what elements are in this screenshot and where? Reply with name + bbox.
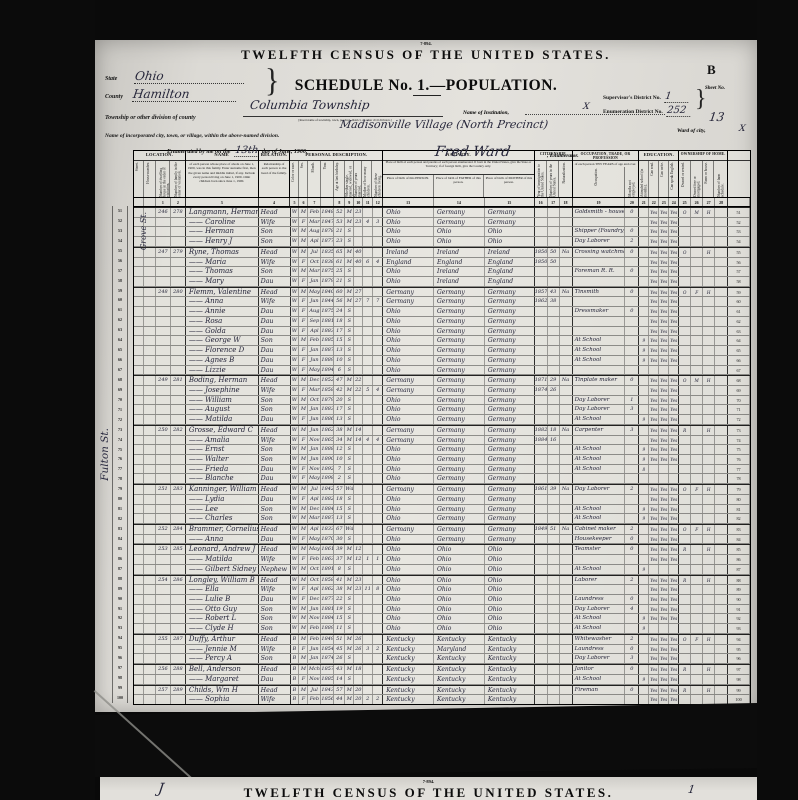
cell-birthplace-person: Ohio (383, 535, 434, 544)
cell-years-married: 26 (354, 635, 363, 644)
cell-age: 52 (334, 208, 345, 217)
cell-birthplace-father: Germany (434, 514, 485, 523)
cell-age: 18 (334, 495, 345, 504)
street-name-vertical-top: Grove St. (134, 212, 152, 302)
cell-line-number: 64 (728, 336, 750, 345)
cell-street (134, 376, 144, 385)
cell-can-read: Yes (649, 307, 659, 316)
cell-family-number (171, 535, 186, 544)
cell-farm-or-house (703, 605, 715, 614)
cell-children-living: 2 (373, 695, 383, 704)
cell-family-number (171, 366, 186, 375)
group-name-desc: of each person whose place of abode on J… (186, 161, 258, 184)
cell-years-in-us (548, 218, 560, 227)
cell-years-in-us (548, 267, 560, 276)
cell-color: W (291, 455, 300, 464)
cell-name: Langmann, Herman (186, 208, 259, 217)
cell-occupation (573, 436, 626, 445)
cell-years-in-us: 38 (548, 297, 560, 306)
cell-sex: M (299, 445, 308, 454)
cell-can-read: Yes (649, 555, 659, 564)
cell-can-speak-english: Yes (669, 356, 679, 365)
cell-years-in-us (548, 595, 560, 604)
cell-months-not-employed (625, 465, 639, 474)
cell-name: Bell, Anderson (186, 665, 259, 674)
cell-house-number (144, 695, 156, 704)
cell-months-not-employed: 3 (625, 654, 639, 663)
cell-farm-schedule-no (715, 356, 728, 365)
line-number: 83 (113, 524, 127, 534)
cell-children-living (373, 415, 383, 424)
cell-years-in-us: 51 (548, 525, 560, 534)
cell-age: 13 (334, 346, 345, 355)
cell-can-write: Yes (659, 277, 669, 286)
cell-marital-status: S (345, 455, 354, 464)
cell-birthplace-mother: Germany (485, 474, 535, 483)
cell-school-months (639, 218, 649, 227)
cell-years-in-us (548, 675, 560, 684)
cell-can-speak-english: Yes (669, 645, 679, 654)
cell-mother-of-children (363, 495, 373, 504)
cell-line-number: 55 (728, 248, 750, 257)
cell-occupation (573, 555, 626, 564)
cell-children-living (373, 525, 383, 534)
cell-birthplace-father: Ohio (434, 585, 485, 594)
cell-home-free-mortgaged (691, 317, 703, 326)
column-number: 2 (171, 198, 186, 206)
cell-birthplace-mother: Germany (485, 288, 535, 297)
cell-birthplace-mother: Germany (485, 218, 535, 227)
cell-name: —— George W (186, 336, 259, 345)
cell-birthplace-mother: Germany (485, 208, 535, 217)
cell-color: W (291, 317, 300, 326)
cell-age: 57 (334, 686, 345, 695)
cell-birthplace-person: Kentucky (383, 635, 434, 644)
line-number: 64 (113, 335, 127, 345)
cell-name: —— Herman (186, 227, 259, 236)
line-number: 89 (113, 584, 127, 594)
cell-naturalization (560, 595, 573, 604)
cell-children-living (373, 307, 383, 316)
cell-can-write: Yes (659, 396, 669, 405)
cell-years-married (354, 624, 363, 633)
cell-mother-of-children: 5 (363, 386, 373, 395)
line-number: 62 (113, 315, 127, 325)
cell-name: —— Margaret (186, 675, 259, 684)
cell-house-number (144, 605, 156, 614)
column-header: Occupation. (573, 167, 625, 197)
cell-home-free-mortgaged (691, 426, 703, 435)
cell-occupation: At School (573, 675, 626, 684)
cell-birth-year: 1887 (321, 514, 334, 523)
cell-children-living (373, 624, 383, 633)
cell-relation: Son (259, 237, 291, 246)
cell-months-not-employed (625, 415, 639, 424)
cell-children-living (373, 288, 383, 297)
cell-house-number (144, 675, 156, 684)
cell-home-free-mortgaged (691, 366, 703, 375)
census-row: —— LizzieDauWFMay18946SOhioGermanyGerman… (134, 366, 750, 376)
cell-months-not-employed (625, 495, 639, 504)
cell-dwelling-number: 253 (156, 545, 171, 554)
cell-can-read: Yes (649, 396, 659, 405)
cell-birth-year: 1843 (321, 686, 334, 695)
cell-street (134, 436, 144, 445)
census-table: LOCATION. Street.House number.Number of … (133, 150, 751, 705)
cell-farm-or-house (703, 654, 715, 663)
cell-age: 20 (334, 396, 345, 405)
cell-relation: Nephew (259, 565, 291, 574)
cell-marital-status: M (345, 635, 354, 644)
cell-children-living (373, 535, 383, 544)
cell-marital-status: M (345, 426, 354, 435)
next-form-number: 7-894. (100, 779, 757, 784)
cell-line-number: 63 (728, 327, 750, 336)
cell-sex: M (299, 455, 308, 464)
cell-age: 37 (334, 555, 345, 564)
cell-home-free-mortgaged (691, 455, 703, 464)
cell-relation: Son (259, 405, 291, 414)
line-number: 69 (113, 385, 127, 395)
cell-birthplace-mother: Germany (485, 317, 535, 326)
cell-naturalization (560, 505, 573, 514)
cell-can-write: Yes (659, 455, 669, 464)
cell-birthplace-person: Ohio (383, 336, 434, 345)
cell-street (134, 317, 144, 326)
cell-birth-month: Nov (308, 465, 321, 474)
cell-farm-schedule-no (715, 505, 728, 514)
cell-years-in-us (548, 307, 560, 316)
cell-can-write: Yes (659, 525, 669, 534)
cell-marital-status: M (345, 386, 354, 395)
cell-marital-status: S (345, 415, 354, 424)
cell-street (134, 686, 144, 695)
cell-street (134, 307, 144, 316)
cell-years-married: 40 (354, 248, 363, 257)
cell-farm-or-house: H (703, 485, 715, 494)
line-number: 57 (113, 266, 127, 276)
cell-farm-or-house (703, 227, 715, 236)
cell-can-read: Yes (649, 248, 659, 257)
cell-birthplace-mother: Ohio (485, 565, 535, 574)
cell-birth-year: 1840 (321, 288, 334, 297)
cell-street (134, 415, 144, 424)
cell-immigration-year (535, 455, 548, 464)
group-ownership-label: OWNERSHIP OF HOME. (679, 151, 727, 161)
cell-relation: Wife (259, 695, 291, 704)
cell-birthplace-father: Ohio (434, 555, 485, 564)
cell-can-speak-english: Yes (669, 555, 679, 564)
cell-home-owned-rented (679, 297, 691, 306)
cell-birth-year: 1883 (321, 405, 334, 414)
cell-sex: M (299, 545, 308, 554)
cell-farm-schedule-no (715, 545, 728, 554)
cell-color: W (291, 277, 300, 286)
cell-immigration-year: 1849 (535, 525, 548, 534)
census-row: —— SophiaWifeBFFeb185644M2022KentuckyKen… (134, 695, 750, 704)
cell-mother-of-children (363, 525, 373, 534)
line-number: 79 (113, 484, 127, 494)
cell-naturalization (560, 495, 573, 504)
cell-can-speak-english: Yes (669, 208, 679, 217)
line-number: 73 (113, 425, 127, 435)
census-row: 250282Grosse, Edward CHeadWMJun186238M14… (134, 425, 750, 436)
cell-naturalization (560, 654, 573, 663)
cell-age: 43 (334, 665, 345, 674)
cell-occupation: Cabinet maker (573, 525, 626, 534)
cell-birthplace-mother: Germany (485, 376, 535, 385)
cell-line-number: 65 (728, 346, 750, 355)
cell-naturalization (560, 535, 573, 544)
cell-name: Duffy, Arthur (186, 635, 259, 644)
cell-birthplace-person: Kentucky (383, 686, 434, 695)
cell-birth-year: 1842 (321, 485, 334, 494)
cell-children-living (373, 267, 383, 276)
cell-children-living (373, 474, 383, 483)
cell-dwelling-number: 247 (156, 248, 171, 257)
cell-children-living (373, 654, 383, 663)
cell-family-number (171, 237, 186, 246)
cell-dwelling-number (156, 605, 171, 614)
cell-farm-schedule-no (715, 327, 728, 336)
cell-color: W (291, 267, 300, 276)
cell-naturalization (560, 545, 573, 554)
cell-street (134, 654, 144, 663)
cell-sex: F (299, 535, 308, 544)
line-number: 96 (113, 653, 127, 663)
cell-mother-of-children (363, 445, 373, 454)
cell-home-owned-rented (679, 336, 691, 345)
cell-line-number: 75 (728, 445, 750, 454)
cell-family-number (171, 675, 186, 684)
cell-mother-of-children (363, 208, 373, 217)
enumerated-line: Enumerated by me on the 13th day of June… (167, 140, 307, 158)
census-row: —— AugustSonWMJan188317SOhioGermanyGerma… (134, 405, 750, 415)
cell-birth-year: 1889 (321, 356, 334, 365)
cell-can-write: Yes (659, 485, 669, 494)
cell-years-married (354, 346, 363, 355)
cell-color: W (291, 405, 300, 414)
cell-color: B (291, 686, 300, 695)
cell-months-not-employed (625, 317, 639, 326)
cell-years-in-us (548, 237, 560, 246)
cell-relation: Dau (259, 346, 291, 355)
cell-street (134, 535, 144, 544)
cell-birth-month: Nov (308, 614, 321, 623)
cell-color: B (291, 665, 300, 674)
column-header: Can speak English. (669, 161, 679, 197)
cell-age: 65 (334, 248, 345, 257)
line-number: 53 (113, 226, 127, 236)
line-number: 51 (113, 206, 127, 216)
cell-age: 47 (334, 376, 345, 385)
column-header: Can read. (649, 161, 659, 197)
cell-birth-year: 1886 (321, 415, 334, 424)
cell-occupation: Carpenter (573, 426, 626, 435)
cell-birthplace-mother: Kentucky (485, 665, 535, 674)
column-number: 24 (669, 198, 679, 206)
cell-street (134, 565, 144, 574)
cell-color: W (291, 237, 300, 246)
census-row: —— MatildaWifeWFFeb186337M1211OhioOhioOh… (134, 555, 750, 565)
census-row: —— LydiaDauWFApl188218SOhioGermanyGerman… (134, 495, 750, 505)
column-header: Place of birth of MOTHER of this person. (484, 175, 534, 197)
cell-immigration-year (535, 396, 548, 405)
cell-street (134, 346, 144, 355)
cell-birthplace-person: Ohio (383, 277, 434, 286)
census-row: —— HermanSonWMAug187821SOhioOhioOhioShip… (134, 227, 750, 237)
cell-occupation: At School (573, 356, 626, 365)
cell-dwelling-number: 248 (156, 288, 171, 297)
cell-can-read: Yes (649, 605, 659, 614)
cell-marital-status: M (345, 288, 354, 297)
cell-months-not-employed: 2 (625, 635, 639, 644)
cell-marital-status: S (345, 346, 354, 355)
cell-naturalization (560, 336, 573, 345)
cell-birth-month: Apl (308, 237, 321, 246)
census-row: —— MargaretDauBFNov188514SKentuckyKentuc… (134, 675, 750, 685)
cell-years-married (354, 535, 363, 544)
cell-years-married (354, 605, 363, 614)
cell-school-months (639, 277, 649, 286)
cell-home-free-mortgaged: M (691, 208, 703, 217)
cell-age: 8 (334, 565, 345, 574)
cell-mother-of-children: 4 (363, 218, 373, 227)
cell-years-married: 14 (354, 426, 363, 435)
cell-immigration-year (535, 576, 548, 585)
cell-years-married (354, 445, 363, 454)
cell-name: —— Josephine (186, 386, 259, 395)
cell-can-read: Yes (649, 505, 659, 514)
cell-can-read: Yes (649, 535, 659, 544)
cell-can-write: Yes (659, 376, 669, 385)
cell-birth-year: 1888 (321, 445, 334, 454)
cell-home-owned-rented (679, 237, 691, 246)
cell-farm-schedule-no (715, 495, 728, 504)
cell-farm-schedule-no (715, 277, 728, 286)
cell-marital-status: S (345, 327, 354, 336)
cell-naturalization (560, 307, 573, 316)
cell-street (134, 495, 144, 504)
next-page-title: TWELFTH CENSUS OF THE UNITED STATES. (100, 785, 757, 800)
cell-home-free-mortgaged (691, 695, 703, 704)
cell-farm-schedule-no (715, 514, 728, 523)
cell-birthplace-mother: Germany (485, 436, 535, 445)
cell-can-speak-english: Yes (669, 405, 679, 414)
cell-age: 22 (334, 595, 345, 604)
cell-dwelling-number (156, 624, 171, 633)
cell-can-write: Yes (659, 535, 669, 544)
cell-can-read: Yes (649, 514, 659, 523)
line-number: 93 (113, 623, 127, 633)
cell-can-write: Yes (659, 405, 669, 414)
line-number: 100 (113, 693, 127, 703)
cell-years-in-us (548, 565, 560, 574)
cell-immigration-year (535, 675, 548, 684)
cell-birth-year: 1856 (321, 695, 334, 704)
census-row: —— Percy ASonBMJan187426SKentuckyKentuck… (134, 654, 750, 664)
cell-street (134, 386, 144, 395)
cell-dwelling-number (156, 436, 171, 445)
cell-sex: F (299, 555, 308, 564)
column-number: 9 (345, 198, 354, 206)
cell-naturalization (560, 465, 573, 474)
cell-months-not-employed (625, 614, 639, 623)
cell-farm-schedule-no (715, 297, 728, 306)
cell-name: —— Thomas (186, 267, 259, 276)
cell-birthplace-father: Ireland (434, 267, 485, 276)
cell-months-not-employed (625, 277, 639, 286)
cell-mother-of-children (363, 686, 373, 695)
cell-sex: M (299, 248, 308, 257)
cell-children-living (373, 376, 383, 385)
cell-farm-or-house (703, 495, 715, 504)
column-number: 16 (535, 198, 548, 206)
cell-mother-of-children (363, 465, 373, 474)
cell-years-in-us (548, 645, 560, 654)
cell-color: B (291, 675, 300, 684)
cell-marital-status: S (345, 227, 354, 236)
cell-color: W (291, 376, 300, 385)
cell-birthplace-father: Germany (434, 327, 485, 336)
cell-occupation: Crossing watchman (573, 248, 626, 257)
cell-birthplace-person: Ohio (383, 445, 434, 454)
census-row: —— LeeSonWMDec188415SOhioGermanyGermanyA… (134, 505, 750, 515)
cell-birthplace-person: Ohio (383, 307, 434, 316)
cell-home-free-mortgaged (691, 267, 703, 276)
census-row: —— BlancheDauWFMay18982SOhioGermanyGerma… (134, 474, 750, 484)
cell-birthplace-father: Ohio (434, 576, 485, 585)
cell-years-in-us: 50 (548, 248, 560, 257)
column-number: 3 (186, 198, 259, 206)
cell-months-not-employed (625, 336, 639, 345)
cell-line-number: 79 (728, 485, 750, 494)
cell-home-owned-rented: O (679, 525, 691, 534)
cell-dwelling-number (156, 445, 171, 454)
cell-home-free-mortgaged (691, 445, 703, 454)
column-number: 25 (679, 198, 691, 206)
cell-can-write: Yes (659, 386, 669, 395)
cell-dwelling-number (156, 405, 171, 414)
cell-months-not-employed: 0 (625, 595, 639, 604)
cell-birthplace-mother: Germany (485, 366, 535, 375)
cell-school-months (639, 426, 649, 435)
cell-birth-year: 1833 (321, 525, 334, 534)
cell-can-read: Yes (649, 288, 659, 297)
cell-years-in-us: 50 (548, 258, 560, 267)
cell-immigration-year: 1882 (535, 426, 548, 435)
cell-home-owned-rented: O (679, 635, 691, 644)
cell-months-not-employed (625, 366, 639, 375)
cell-months-not-employed: 0 (625, 267, 639, 276)
cell-mother-of-children (363, 366, 373, 375)
cell-years-married (354, 485, 363, 494)
cell-birth-month: Jul (308, 248, 321, 257)
cell-children-living (373, 356, 383, 365)
cell-marital-status: M (345, 218, 354, 227)
cell-color: W (291, 426, 300, 435)
line-number: 78 (113, 474, 127, 484)
cell-can-write: Yes (659, 297, 669, 306)
cell-can-write: Yes (659, 317, 669, 326)
cell-dwelling-number (156, 258, 171, 267)
cell-age: 13 (334, 514, 345, 523)
cell-mother-of-children (363, 576, 373, 585)
cell-sex: F (299, 297, 308, 306)
cell-name: —— Agnes B (186, 356, 259, 365)
cell-family-number: 285 (171, 545, 186, 554)
cell-birthplace-father: Germany (434, 455, 485, 464)
